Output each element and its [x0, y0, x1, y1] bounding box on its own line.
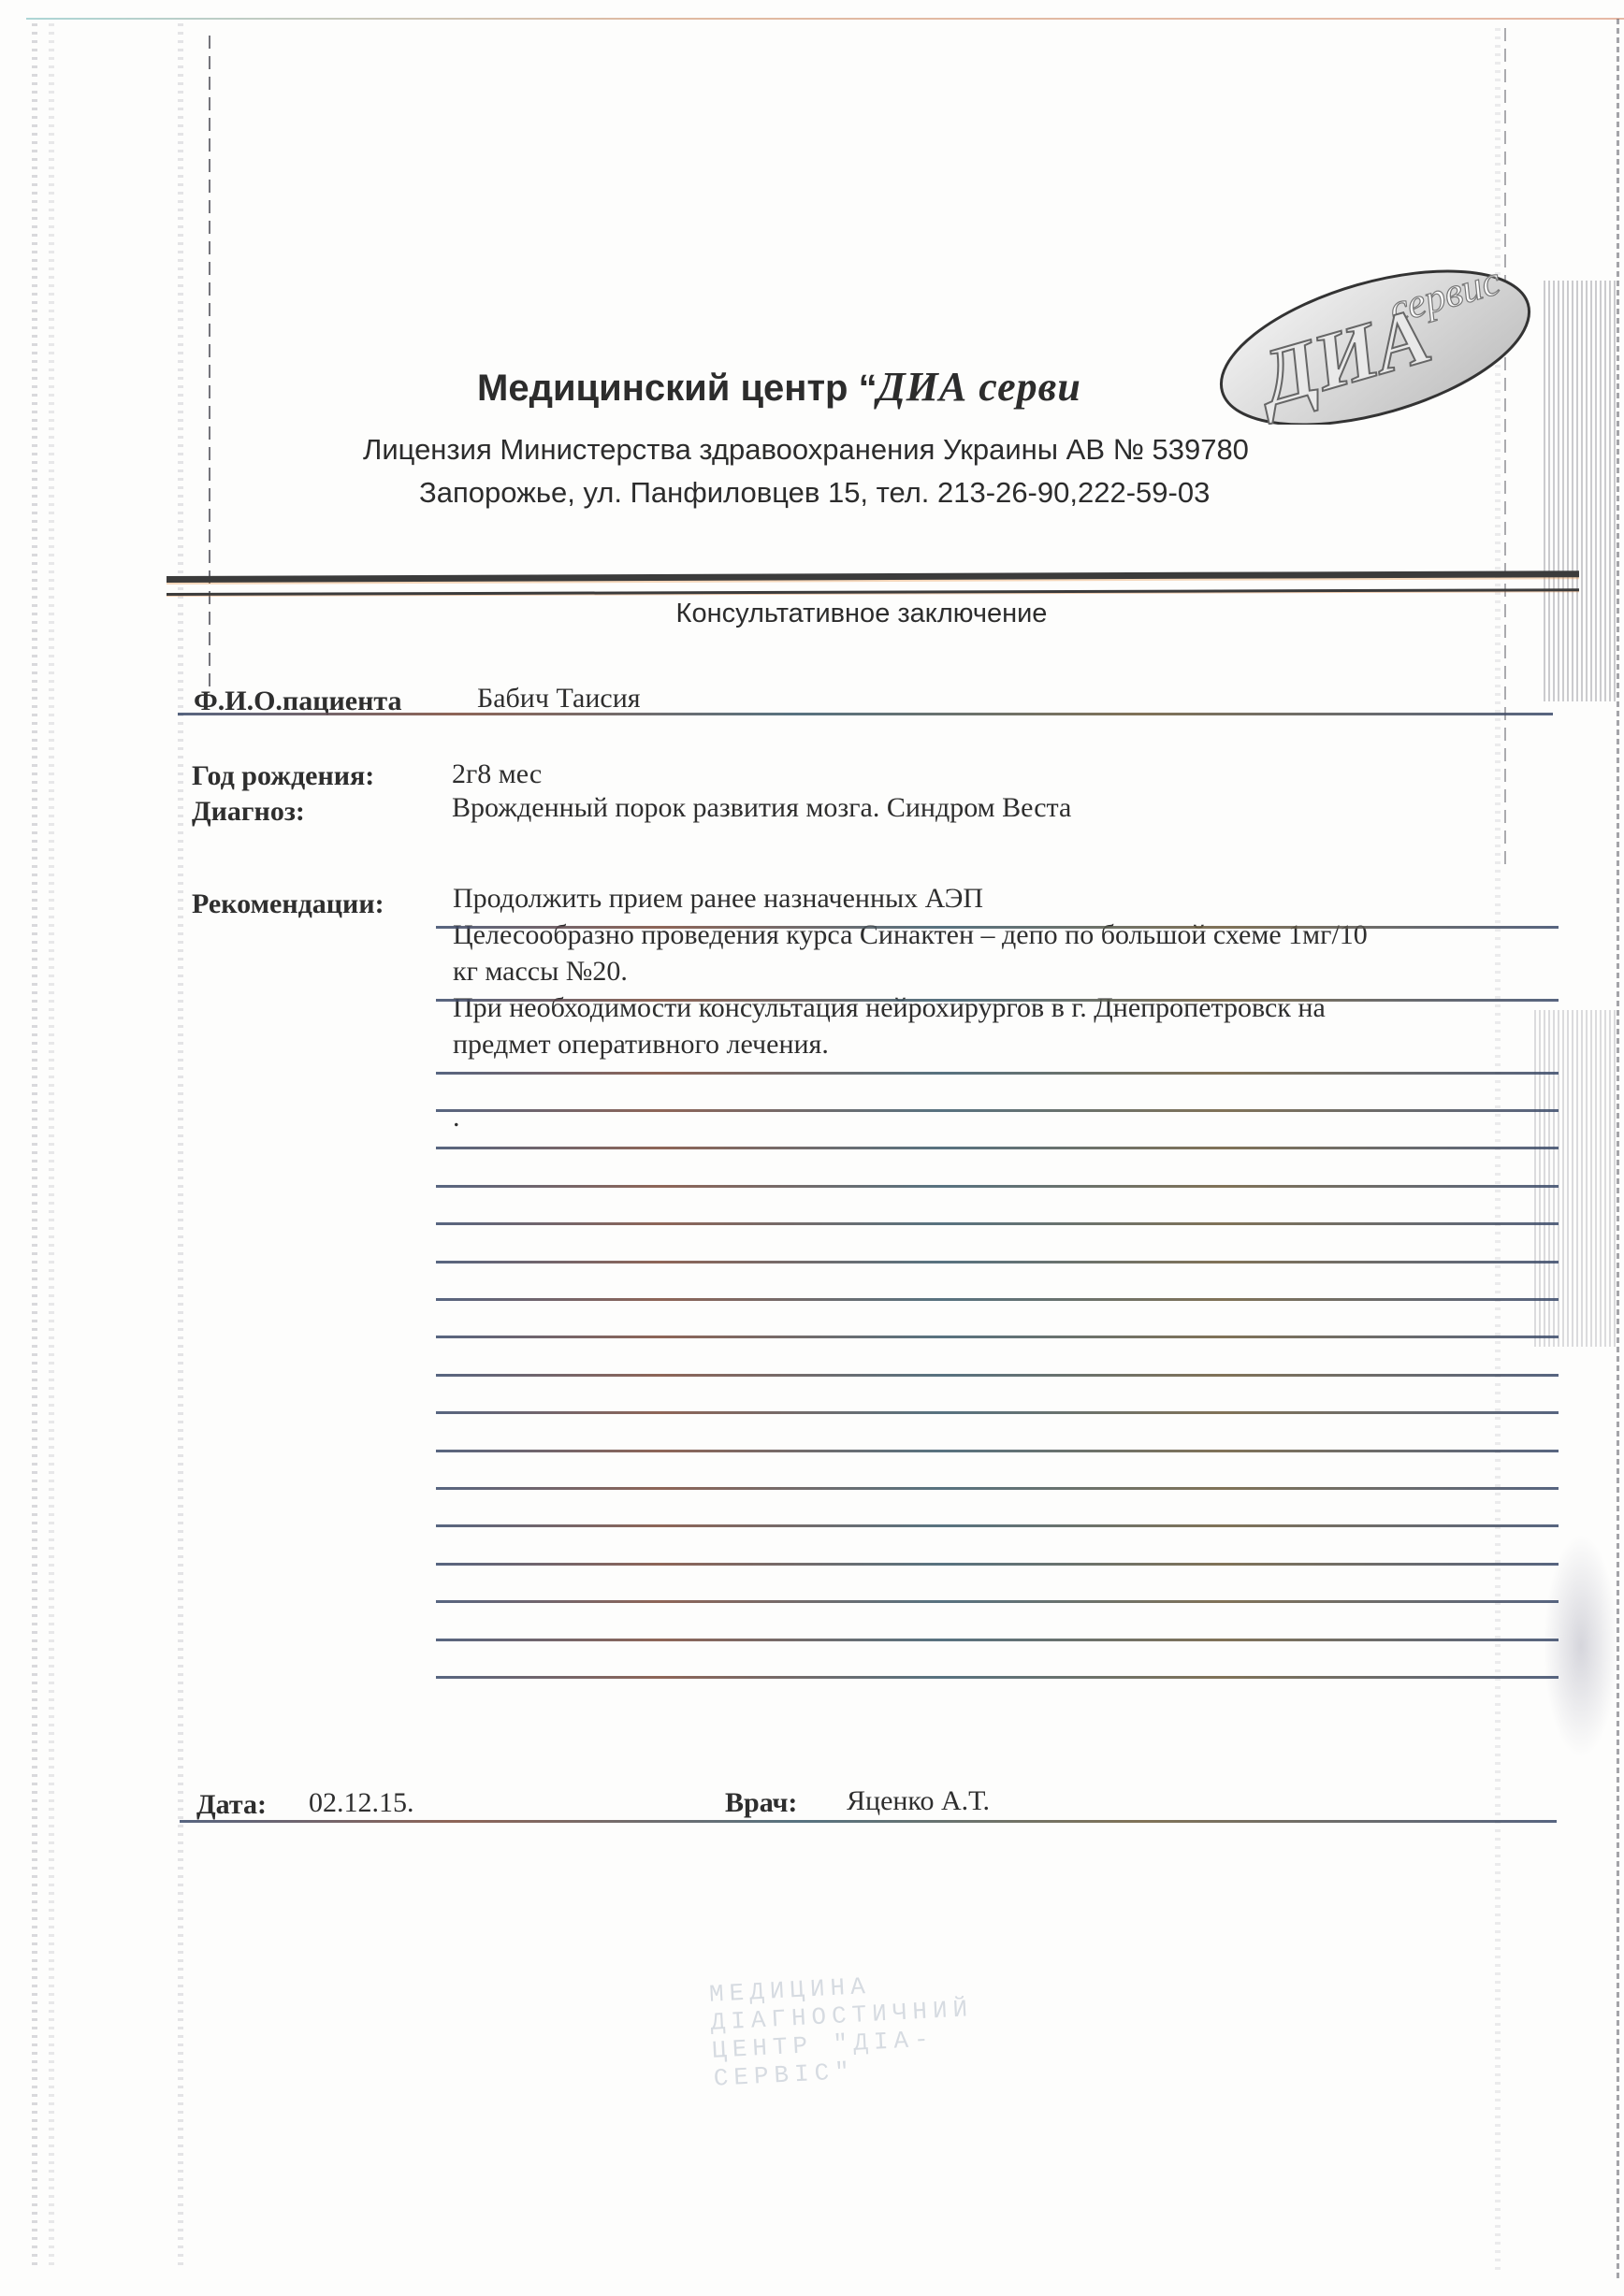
- scan-noise-left-2: [49, 23, 54, 2268]
- recommendations-label: Рекомендации:: [192, 888, 384, 920]
- ruled-line: [436, 1676, 1559, 1679]
- scan-right-line: [1504, 28, 1506, 870]
- diagnosis-value: Врожденный порок развития мозга. Синдром…: [452, 792, 1071, 824]
- license-info: Лицензия Министерства здравоохранения Ук…: [363, 433, 1249, 467]
- recommendation-line: Целесообразно проведения курса Синактен …: [453, 919, 1368, 951]
- recommendation-line: предмет оперативного лечения.: [453, 1029, 829, 1061]
- ruled-line: [436, 926, 1559, 929]
- ruled-line: [436, 1524, 1559, 1527]
- header-divider-thin: [167, 588, 1579, 596]
- scan-noise-margin: [178, 23, 183, 2268]
- date-label: Дата:: [196, 1789, 267, 1821]
- ruled-line: [436, 1374, 1559, 1377]
- scan-smudge: [1534, 1010, 1618, 1347]
- ruled-line: [436, 1600, 1559, 1603]
- ruled-line: [436, 1487, 1559, 1490]
- document-title-text: Консультативное заключение: [676, 599, 1048, 628]
- scan-edge-line: [26, 18, 1624, 20]
- ruled-line: [436, 1563, 1559, 1566]
- birth-value: 2г8 мес: [452, 758, 542, 790]
- patient-name-value: Бабич Таисия: [477, 683, 641, 715]
- birth-label: Год рождения:: [192, 760, 374, 792]
- ruled-line: [436, 1072, 1559, 1075]
- ruled-line: [436, 999, 1559, 1002]
- document-title: Консультативное заключение: [0, 599, 1624, 629]
- ruled-line: [436, 1450, 1559, 1452]
- clinic-name-script: ДИА серви: [877, 364, 1081, 410]
- clinic-address: Запорожье, ул. Панфиловцев 15, тел. 213-…: [419, 476, 1210, 510]
- recommendation-line: кг массы №20.: [453, 956, 628, 988]
- doctor-value: Яценко А.Т.: [847, 1785, 990, 1817]
- ruled-line: [436, 1261, 1559, 1264]
- stray-mark: .: [453, 1102, 460, 1134]
- clinic-name: Медицинский центр “ДИА серви: [477, 363, 1081, 411]
- doctor-label: Врач:: [725, 1787, 797, 1819]
- scan-smudge: [1544, 281, 1618, 701]
- diagnosis-label: Диагноз:: [192, 796, 305, 828]
- clinic-name-prefix: Медицинский центр “: [477, 368, 877, 409]
- footer-rule: [180, 1820, 1557, 1823]
- ruled-line: [436, 1185, 1559, 1188]
- faded-stamp: МЕДИЦИНА ДІАГНОСТИЧНИЙ ЦЕНТР "ДІА-СЕРВІС…: [708, 1966, 993, 2084]
- ruled-line: [436, 1109, 1559, 1112]
- ruled-line: [436, 1411, 1559, 1414]
- header-divider-thick: [167, 570, 1579, 583]
- recommendation-line: При необходимости консультация нейрохиру…: [453, 992, 1326, 1024]
- date-value: 02.12.15.: [309, 1787, 414, 1819]
- ruled-line: [436, 1639, 1559, 1641]
- recommendation-line: Продолжить прием ранее назначенных АЭП: [453, 883, 983, 915]
- dia-service-logo-icon: сервис ДИА: [1197, 266, 1544, 425]
- ruled-line: [436, 1147, 1559, 1149]
- scan-smudge: [1544, 1534, 1618, 1758]
- ruled-line: [436, 1222, 1559, 1225]
- patient-name-rule: [178, 713, 1553, 715]
- scan-noise-left: [32, 23, 37, 2268]
- ruled-line: [436, 1336, 1559, 1338]
- ruled-line: [436, 1298, 1559, 1301]
